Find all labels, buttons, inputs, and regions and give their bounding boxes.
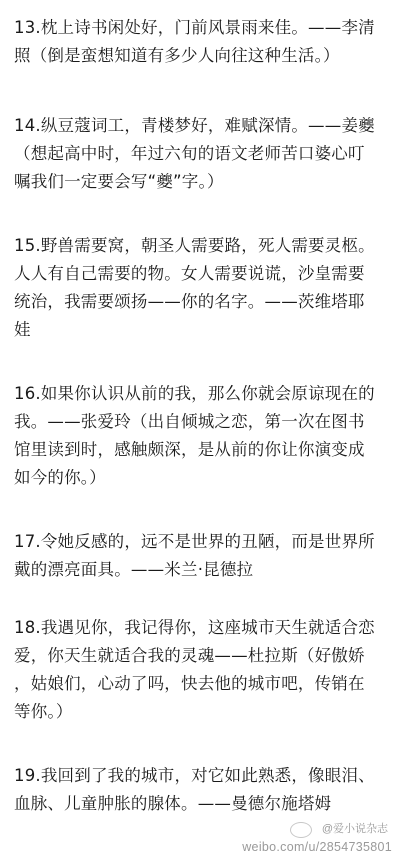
- quote-17: 17.令她反感的，远不是世界的丑陋，而是世界所 戴的漂亮面具。——米兰·昆德拉: [14, 528, 390, 584]
- quote-line: 血脉、儿童肿胀的腺体。——曼德尔施塔姆: [14, 790, 390, 818]
- quote-line: 13.枕上诗书闲处好，门前风景雨来佳。——李清: [14, 14, 390, 42]
- watermark-name: @爱小说杂志: [322, 820, 388, 836]
- quote-line: 馆里读到时，感触颇深，是从前的你让你演变成: [14, 436, 390, 464]
- quote-line: 等你。）: [14, 698, 390, 726]
- weibo-logo-icon: [290, 822, 312, 838]
- quote-line: 嘱我们一定要会写“夔”字。）: [14, 168, 390, 196]
- quote-line: 17.令她反感的，远不是世界的丑陋，而是世界所: [14, 528, 390, 556]
- quote-line: 15.野兽需要窝，朝圣人需要路，死人需要灵柩。: [14, 232, 390, 260]
- quote-line: ，姑娘们，心动了吗，快去他的城市吧，传销在: [14, 670, 390, 698]
- quote-line: 14.纵豆蔻词工，青楼梦好，难赋深情。——姜夔: [14, 112, 390, 140]
- quote-line: 统治，我需要颂扬——你的名字。——茨维塔耶: [14, 288, 390, 316]
- quote-line: 如今的你。）: [14, 464, 390, 492]
- quote-14: 14.纵豆蔻词工，青楼梦好，难赋深情。——姜夔 （想起高中时，年过六旬的语文老师…: [14, 112, 390, 196]
- quote-line: 16.如果你认识从前的我，那么你就会原谅现在的: [14, 380, 390, 408]
- quote-line: 我。——张爱玲（出自倾城之恋，第一次在图书: [14, 408, 390, 436]
- quote-13: 13.枕上诗书闲处好，门前风景雨来佳。——李清 照（倒是蛮想知道有多少人向往这种…: [14, 14, 390, 70]
- quote-line: 18.我遇见你，我记得你，这座城市天生就适合恋: [14, 614, 390, 642]
- quote-line: 照（倒是蛮想知道有多少人向往这种生活。）: [14, 42, 390, 70]
- watermark-url: weibo.com/u/2854735801: [242, 840, 392, 854]
- quote-line: 人人有自己需要的物。女人需要说谎，沙皇需要: [14, 260, 390, 288]
- quote-line: （想起高中时，年过六旬的语文老师苦口婆心叮: [14, 140, 390, 168]
- quote-18: 18.我遇见你，我记得你，这座城市天生就适合恋 爱，你天生就适合我的灵魂——杜拉…: [14, 614, 390, 726]
- quote-line: 爱，你天生就适合我的灵魂——杜拉斯（好傲娇: [14, 642, 390, 670]
- quote-line: 娃: [14, 316, 390, 344]
- quote-line: 19.我回到了我的城市，对它如此熟悉，像眼泪、: [14, 762, 390, 790]
- quote-line: 戴的漂亮面具。——米兰·昆德拉: [14, 556, 390, 584]
- quote-16: 16.如果你认识从前的我，那么你就会原谅现在的 我。——张爱玲（出自倾城之恋，第…: [14, 380, 390, 492]
- quote-19: 19.我回到了我的城市，对它如此熟悉，像眼泪、 血脉、儿童肿胀的腺体。——曼德尔…: [14, 762, 390, 818]
- quote-15: 15.野兽需要窝，朝圣人需要路，死人需要灵柩。 人人有自己需要的物。女人需要说谎…: [14, 232, 390, 344]
